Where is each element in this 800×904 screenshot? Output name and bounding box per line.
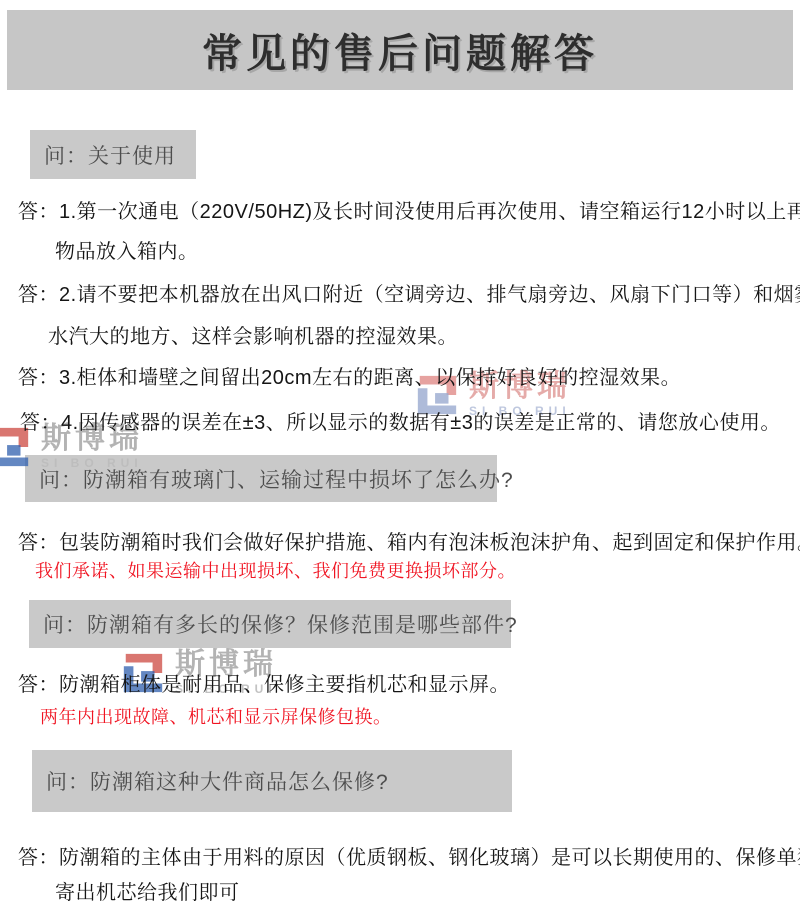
question-large-item-warranty: 问：防潮箱这种大件商品怎么保修? [32,750,512,812]
answer-line: 答：4.因传感器的误差在±3、所以显示的数据有±3的误差是正常的、请您放心使用。 [20,406,781,435]
question-warranty-scope: 问：防潮箱有多长的保修？保修范围是哪些部件? [29,600,511,648]
answer-line: 答：2.请不要把本机器放在出风口附近（空调旁边、排气扇旁边、风扇下门口等）和烟雾… [18,278,800,307]
answer-line: 水汽大的地方、这样会影响机器的控湿效果。 [48,320,458,349]
question-glass-door-damage: 问：防潮箱有玻璃门、运输过程中损坏了怎么办? [25,455,497,502]
answer-line: 寄出机芯给我们即可 [55,876,240,904]
question-usage: 问：关于使用 [30,130,196,179]
answer-line: 答：3.柜体和墙壁之间留出20cm左右的距离、以保持好良好的控湿效果。 [18,361,681,390]
answer-line: 答：包装防潮箱时我们会做好保护措施、箱内有泡沫板泡沫护角、起到固定和保护作用。 [18,526,800,555]
faq-page: 常见的售后问题解答 斯博瑞 SI BO RUI 斯博瑞 SI BO RUI [0,0,800,904]
page-header-bar: 常见的售后问题解答 [7,10,793,90]
promise-note: 两年内出现故障、机芯和显示屏保修包换。 [40,703,392,729]
answer-line: 答：防潮箱的主体由于用料的原因（优质钢板、钢化玻璃）是可以长期使用的、保修单独 [18,841,800,870]
answer-line: 答：1.第一次通电（220V/50HZ)及长时间没使用后再次使用、请空箱运行12… [18,195,800,224]
answer-line: 答：防潮箱柜体是耐用品、保修主要指机芯和显示屏。 [18,668,510,697]
page-title: 常见的售后问题解答 [202,22,598,79]
promise-note: 我们承诺、如果运输中出现损坏、我们免费更换损坏部分。 [35,557,516,583]
answer-line: 物品放入箱内。 [55,235,199,264]
